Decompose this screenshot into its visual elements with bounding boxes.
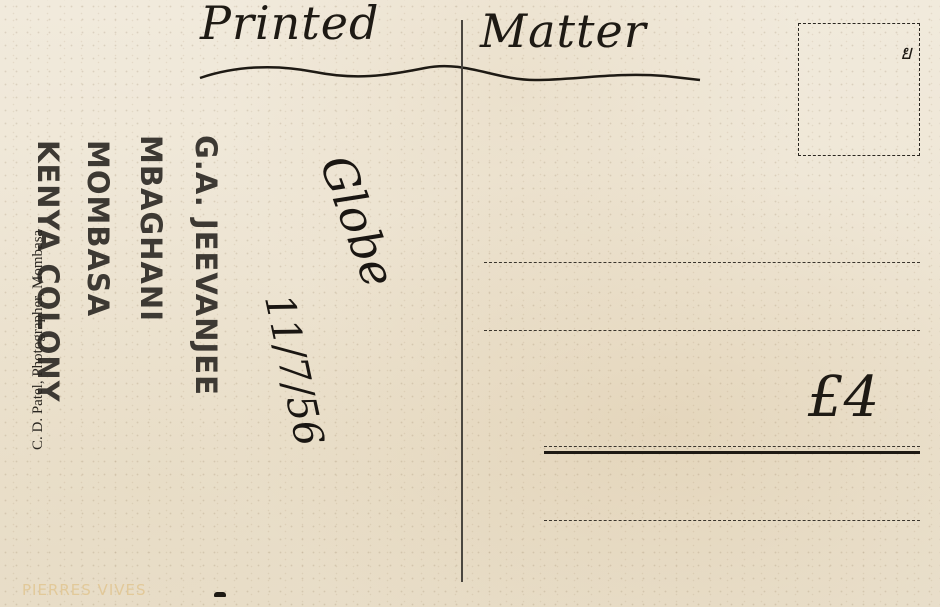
address-line-4 (544, 520, 920, 521)
watermark: PIERRES VIVES (22, 581, 147, 599)
ink-blot (214, 592, 226, 597)
address-line-2 (484, 330, 920, 331)
handwritten-date: 11/7/56 (255, 290, 332, 450)
address-line-1 (484, 262, 920, 263)
header-handwritten-matter: Matter (480, 4, 647, 58)
handwritten-signature: Globe (309, 148, 406, 294)
sender-stamp-line-2: MBAGHANI (136, 135, 165, 322)
photographer-credit: C. D. Patel, Photographer, Mombasa (30, 230, 47, 450)
address-line-3 (544, 446, 920, 447)
address-line-3-solid (544, 451, 920, 454)
center-divider (461, 20, 463, 582)
underline-squiggle-icon (195, 58, 705, 88)
price-mark: £4 (808, 365, 879, 430)
header-handwritten-printed: Printed (200, 0, 379, 50)
postcard-back: Printed Matter ย £4 G.A. JEEVANJEE MBAGH… (0, 0, 940, 607)
sender-stamp-line-3: MOMBASA (83, 140, 112, 317)
sender-stamp-line-1: G.A. JEEVANJEE (191, 135, 220, 396)
stamp-box-mark: ย (900, 36, 912, 68)
